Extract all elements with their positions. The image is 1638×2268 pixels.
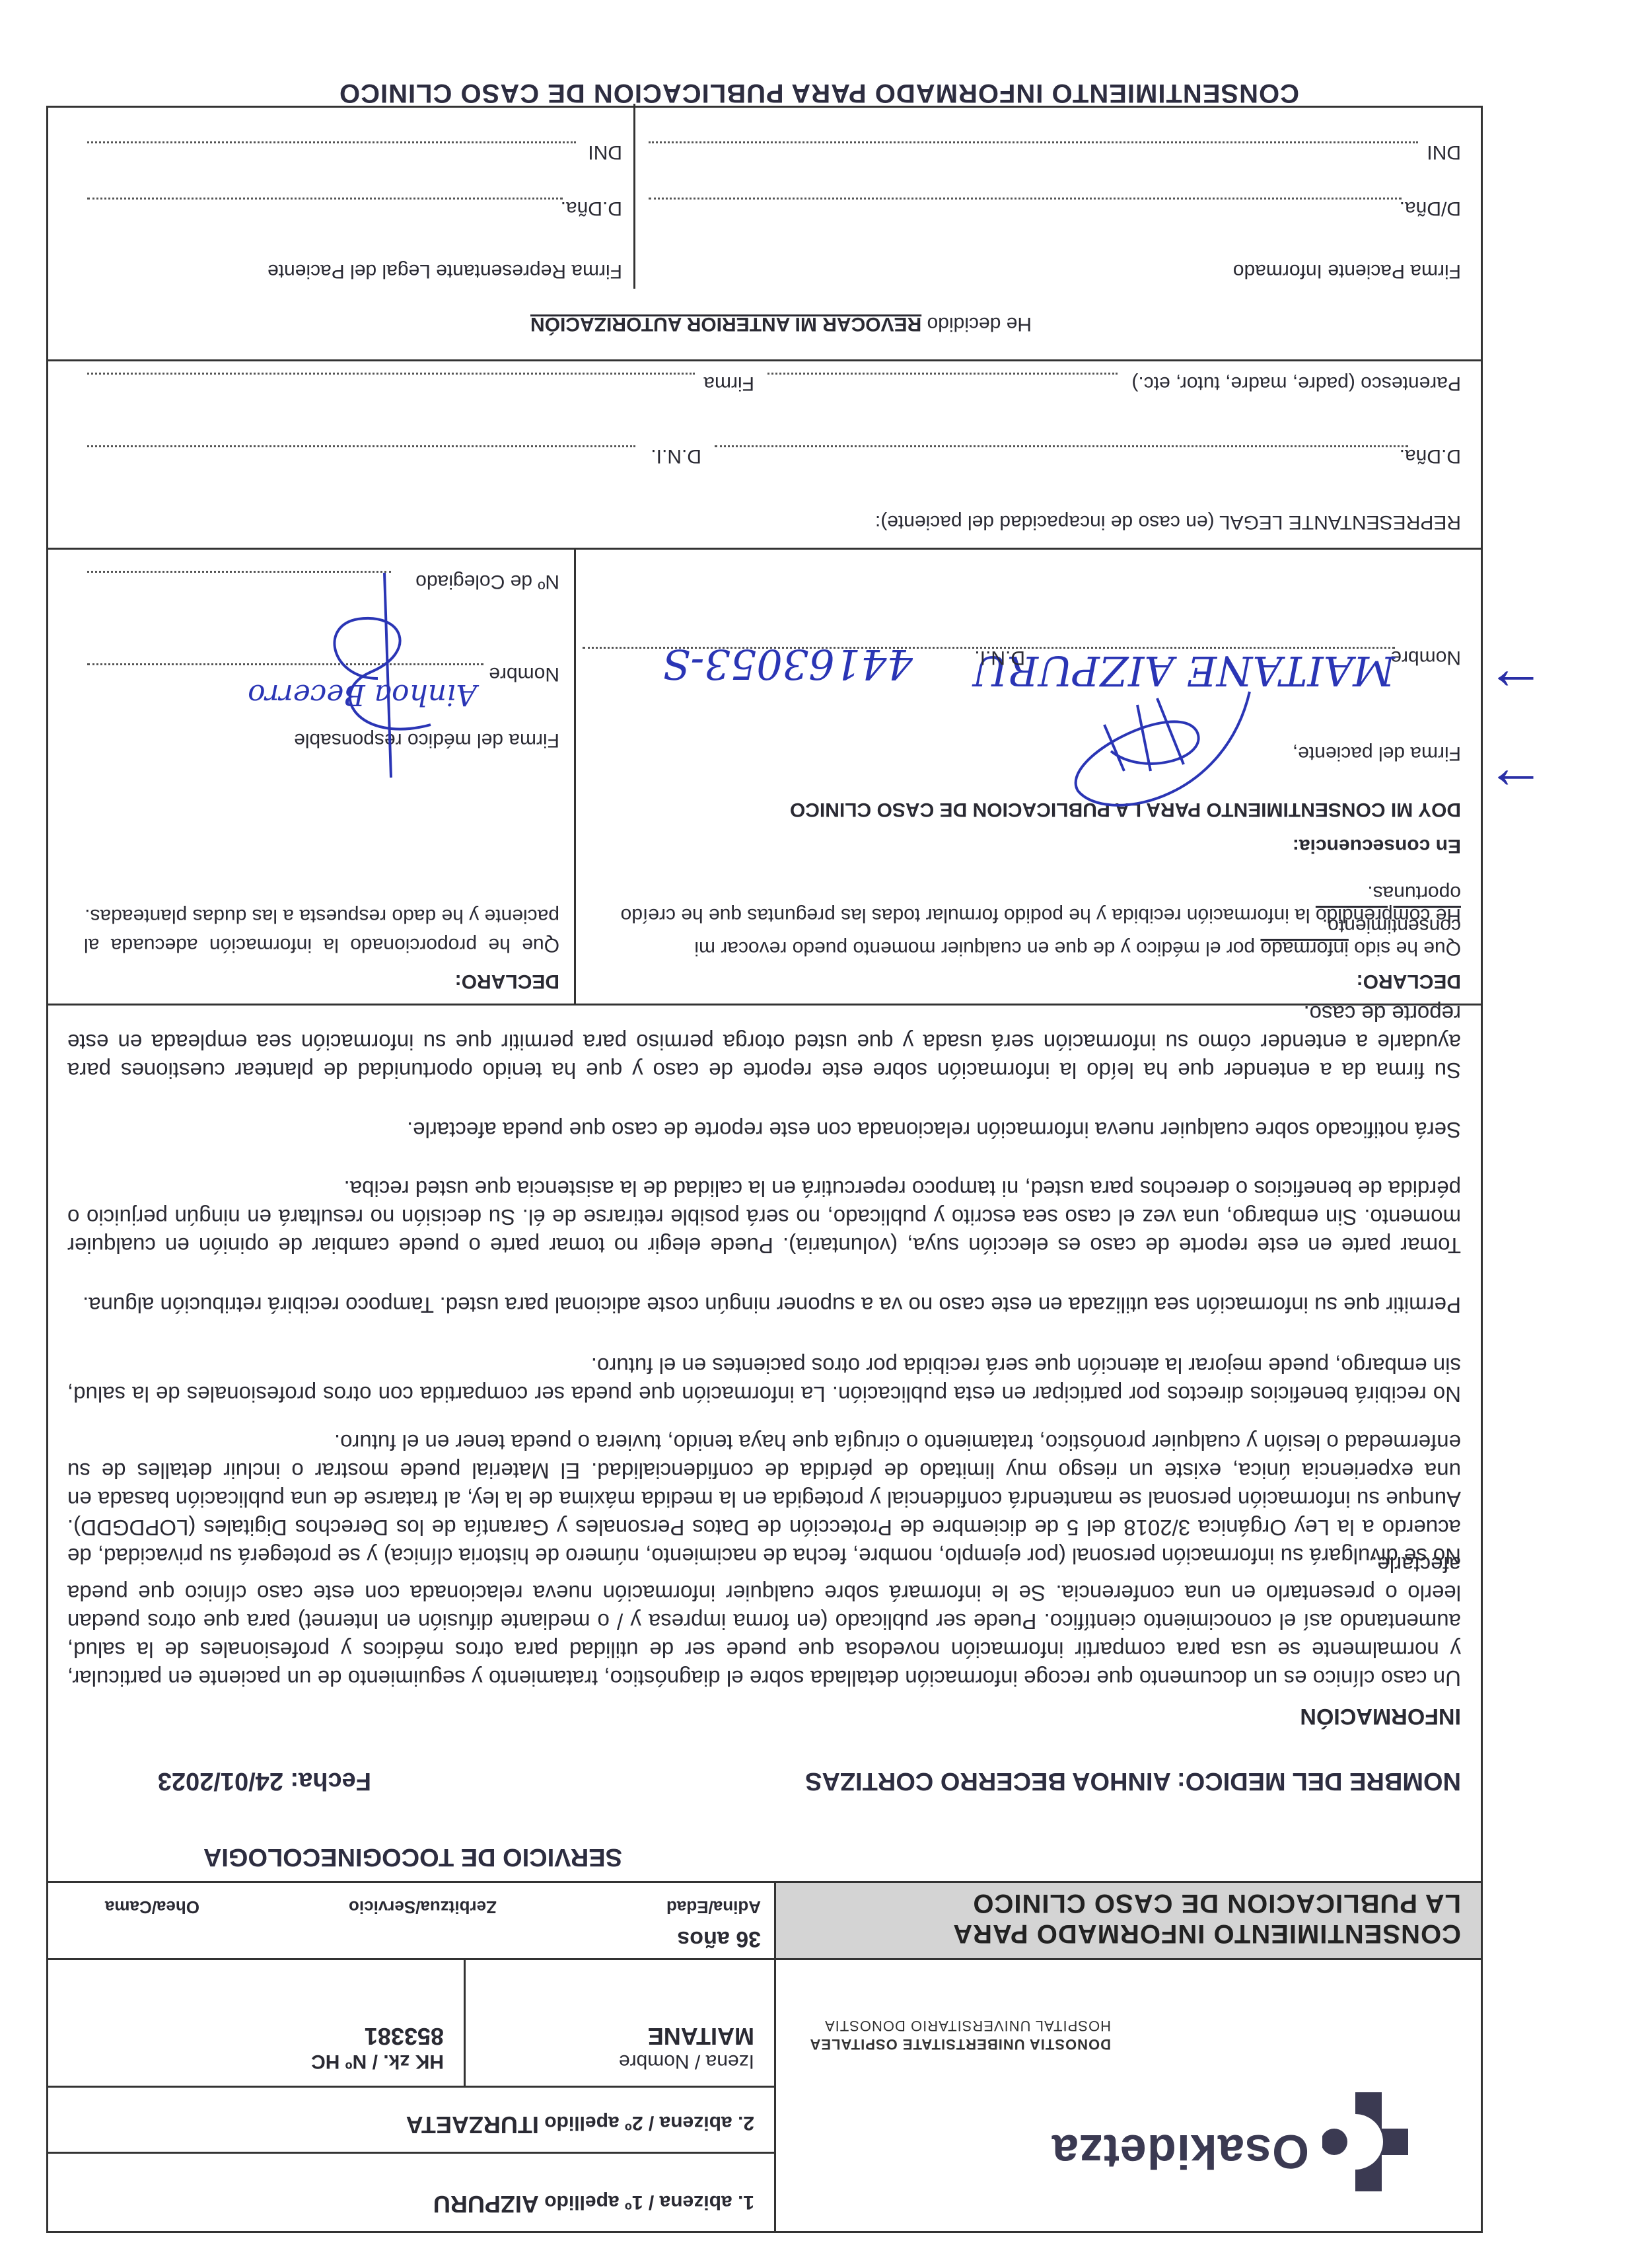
legal-rep-relation-label: Parentesco (padre, madre, tutor, etc.) <box>1131 372 1461 394</box>
colegiado-label: Nº de Colegiado <box>415 570 559 593</box>
legal-rep-relation-line <box>767 373 1118 375</box>
paragraph-signature-meaning: Su firma da a entender que ha leído la i… <box>67 1000 1461 1085</box>
revocation-rep-dni-line <box>87 141 576 143</box>
patient-dni-label: D.N.I. <box>974 646 1025 669</box>
surname1-label: 1. abizena / 1º apellido <box>544 2191 754 2213</box>
logo-wordmark: Osakidetza <box>1051 2124 1309 2178</box>
hc-value: 853381 <box>68 2022 444 2050</box>
service-name: SERVICIO DE TOCOGINECOLOGIA <box>203 1843 622 1871</box>
surname1-value: AIZPURU <box>433 2191 539 2218</box>
form-title: CONSENTIMIENTO INFORMADO PARA LA PUBLICA… <box>774 1883 1481 1958</box>
colegiado-line <box>87 571 391 573</box>
paragraph-notification: Será notificado sobre cualquier nueva in… <box>67 1116 1461 1144</box>
age-label: Adina/Edad <box>666 1897 761 1917</box>
footer-title: CONSENTIMIENTO INFORMADO PARA PUBLICACIO… <box>0 78 1638 108</box>
legal-rep-firma-line <box>87 373 695 375</box>
paragraph-privacy: No se divulgará su información personal … <box>67 1428 1461 1570</box>
revocation-patient-sign-label: Firma Paciente Informado <box>1233 260 1461 282</box>
bed-label: Ohea/Cama <box>105 1897 199 1917</box>
declaro-doctor-heading: DECLARO: <box>455 970 559 992</box>
info-heading: INFORMACIÓN <box>1300 1703 1461 1729</box>
name-hc-row: Izena / Nombre MAITANE HK zk. / Nº HC 85… <box>48 1960 774 2086</box>
divider <box>48 359 1481 361</box>
revocation-patient-dni-label: DNI <box>1427 141 1461 163</box>
divider <box>48 548 1481 550</box>
name-value: MAITANE <box>485 2022 754 2050</box>
legal-rep-dni-line <box>87 445 635 447</box>
paragraph-case-definition: Un caso clínico es un documento que reco… <box>67 1551 1461 1693</box>
hc-cell: HK zk. / Nº HC 853381 <box>48 1960 464 2086</box>
paragraph-benefits: No recibirá beneficios directos por part… <box>67 1352 1461 1408</box>
patient-signature <box>1025 678 1276 830</box>
hospital-name-spanish: HOSPITAL UNIVERSITARIO DONOSTIA <box>824 2017 1111 2034</box>
legal-rep-name-line <box>715 445 1408 447</box>
revocation-patient-name-label: D/Dña. <box>1400 197 1461 219</box>
name-cell: Izena / Nombre MAITANE <box>464 1960 774 2086</box>
revocation-patient-name-line <box>649 198 1402 200</box>
osakidetza-logo-icon <box>1322 2092 1408 2191</box>
hospital-name-basque: DONOSTIA UNIBERTSITATE OSPITALEA <box>809 2035 1111 2053</box>
admission-meta: 36 años Adina/Edad Zerbitzua/Servicio Oh… <box>48 1883 774 1958</box>
declaro-patient-heading: DECLARO: <box>1357 970 1461 992</box>
revocation-patient-dni-line <box>649 141 1418 143</box>
doctor-name: NOMBRE DEL MEDICO: AINHOA BECERRO CORTIZ… <box>805 1767 1461 1795</box>
header: Osakidetza DONOSTIA UNIBERTSITATE OSPITA… <box>48 1960 1481 2231</box>
patient-name-label: Nombre <box>1390 646 1461 669</box>
service-label: Zerbitzua/Servicio <box>349 1897 497 1917</box>
legal-rep-name-label: D.Dña. <box>1400 445 1461 467</box>
paragraph-voluntary: Tomar parte en este reporte de caso es e… <box>67 1175 1461 1260</box>
revocation-rep-name-label: D.Dña. <box>561 197 622 219</box>
form-title-line2: LA PUBLICACION DE CASO CLINICO <box>796 1888 1461 1919</box>
legal-rep-heading: REPRESENTANTE LEGAL (en caso de incapaci… <box>875 511 1461 533</box>
consequence-label: En consecuencia: <box>1293 834 1461 857</box>
doctor-name-label: Nombre <box>489 663 559 685</box>
patient-id-block: 1. abizena / 1º apellido AIZPURU 2. abiz… <box>48 1960 774 2231</box>
doctor-signature <box>279 566 450 784</box>
revocation-statement: He decidido REVOCAR MI ANTERIOR AUTORIZA… <box>530 312 1032 335</box>
column-divider <box>574 550 576 1006</box>
form-date: Fecha: 24/01/2023 <box>158 1767 371 1795</box>
revocation-rep-sign-label: Firma Representante Legal del Paciente <box>267 260 622 282</box>
surname2-value: ITURZAETA <box>406 2111 539 2139</box>
divider <box>48 1004 1481 1006</box>
logo-box: Osakidetza DONOSTIA UNIBERTSITATE OSPITA… <box>774 1960 1481 2231</box>
legal-rep-dni-label: D.N.I. <box>651 445 701 467</box>
patient-dni-handwritten: 44163053-S <box>662 640 913 688</box>
patient-signature-label: Firma del paciente, <box>1293 742 1461 764</box>
hc-label: HK zk. / Nº HC <box>68 2050 444 2072</box>
patient-name-handwritten: MAITANE AIZPURU <box>973 647 1395 695</box>
column-divider <box>633 104 635 289</box>
paragraph-cost: Permitir que su información sea utilizad… <box>67 1291 1461 1319</box>
form-frame: Osakidetza DONOSTIA UNIBERTSITATE OSPITA… <box>46 106 1483 2233</box>
surname2-label: 2. abizena / 2º apellido <box>544 2112 754 2134</box>
handwritten-arrow-icon: → <box>1486 753 1546 821</box>
surname1-row: 1. abizena / 1º apellido AIZPURU <box>48 2152 774 2231</box>
surname2-row: 2. abizena / 2º apellido ITURZAETA <box>48 2086 774 2152</box>
title-row: CONSENTIMIENTO INFORMADO PARA LA PUBLICA… <box>48 1881 1481 1960</box>
revocation-rep-name-line <box>87 198 563 200</box>
age-value: 36 años <box>677 1926 761 1952</box>
document-page: Osakidetza DONOSTIA UNIBERTSITATE OSPITA… <box>0 0 1638 2268</box>
name-label: Izena / Nombre <box>485 2050 754 2072</box>
form-title-line1: CONSENTIMIENTO INFORMADO PARA <box>796 1919 1461 1949</box>
handwritten-arrow-icon: → <box>1486 654 1546 722</box>
legal-rep-firma-label: Firma <box>703 372 754 394</box>
revocation-rep-dni-label: DNI <box>588 141 622 163</box>
declaro-doctor-text: Que he proporcionado la información adec… <box>84 901 559 959</box>
declaro-understood: He comprendido la información recibida y… <box>589 881 1461 926</box>
